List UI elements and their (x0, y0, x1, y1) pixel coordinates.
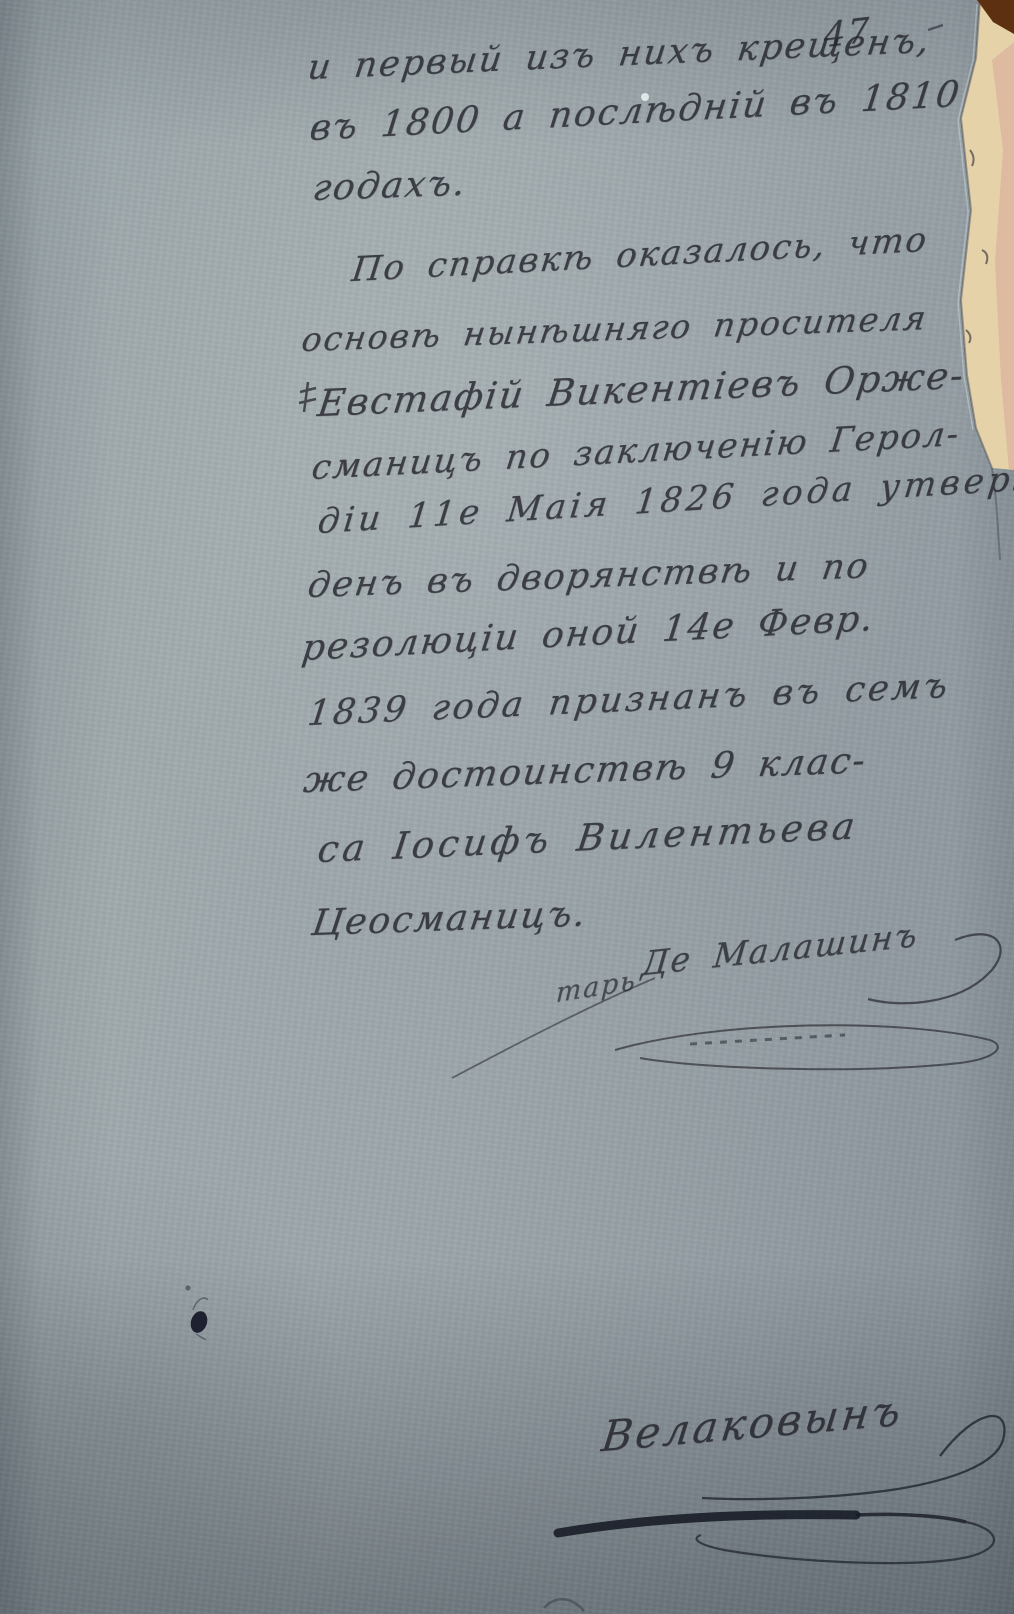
signature-flourish-dashes (690, 1035, 845, 1044)
signature-flourish (452, 978, 655, 1078)
signature-flourish (615, 1025, 998, 1069)
ink-fleck (186, 1286, 191, 1291)
paper-fleck (641, 93, 649, 101)
ink-dash (928, 25, 943, 30)
signature-flourish (868, 934, 1001, 1003)
signature-underline (856, 1514, 966, 1522)
margin-mark (299, 382, 316, 412)
pencil-mark (544, 1599, 584, 1611)
ink-blot (188, 1309, 210, 1335)
document-photo: 47 и первый изъ нихъ крещенъ, въ 1800 а … (0, 0, 1014, 1614)
ink-flourish-svg (0, 0, 1014, 1614)
signature-underloop (697, 1522, 994, 1563)
signature-flourish (702, 1416, 1004, 1499)
signature-underline-heavy (558, 1515, 856, 1533)
